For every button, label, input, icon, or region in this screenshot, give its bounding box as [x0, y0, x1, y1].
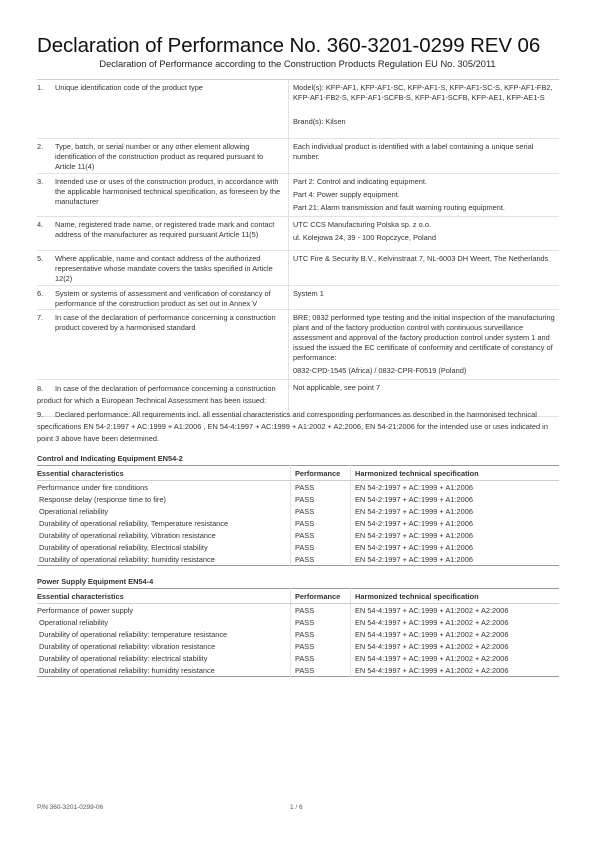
characteristic-cell: Operational reliability: [37, 505, 291, 517]
item-label-cell: 6.System or systems of assessment and ve…: [37, 285, 289, 309]
item-value-cell: Each individual product is identified wi…: [289, 138, 560, 173]
characteristic-cell: Durability of operational reliability: t…: [37, 628, 291, 640]
item-value: ul. Kolejowa 24, 39 - 100 Ropczyce, Pola…: [293, 233, 559, 243]
declaration-item-row: 2.Type, batch, or serial number or any o…: [37, 138, 559, 173]
specification-cell: EN 54-4:1997 + AC:1999 + A1:2002 + A2:20…: [351, 628, 560, 640]
performance-cell: PASS: [291, 553, 351, 566]
item-value: System 1: [293, 289, 559, 299]
item-value-cell: System 1: [289, 285, 560, 309]
footer-page-number: 1 / 6: [290, 804, 303, 811]
column-header-characteristics: Essential characteristics: [37, 589, 291, 604]
table-header-row: Essential characteristics Performance Ha…: [37, 466, 559, 481]
declaration-item-row: 6.System or systems of assessment and ve…: [37, 285, 559, 309]
characteristic-cell: Operational reliability: [37, 616, 291, 628]
item-number: 3.: [37, 177, 55, 207]
table-header-row: Essential characteristics Performance Ha…: [37, 589, 559, 604]
performance-cell: PASS: [291, 652, 351, 664]
table-row: Operational reliabilityPASSEN 54-4:1997 …: [37, 616, 559, 628]
table-row: Durability of operational reliability, V…: [37, 529, 559, 541]
item-label-cell: 5.Where applicable, name and contact add…: [37, 250, 289, 285]
characteristic-cell: Durability of operational reliability, V…: [37, 529, 291, 541]
item-number: 6.: [37, 289, 55, 309]
characteristic-cell: Performance of power supply: [37, 604, 291, 617]
characteristic-cell: Durability of operational reliability, T…: [37, 517, 291, 529]
item-value-cell: UTC Fire & Security B.V., Kelvinstraat 7…: [289, 250, 560, 285]
performance-cell: PASS: [291, 493, 351, 505]
column-header-specification: Harmonized technical specification: [351, 589, 560, 604]
characteristic-cell: Durability of operational reliability, E…: [37, 541, 291, 553]
specification-cell: EN 54-2:1997 + AC:1999 + A1:2006: [351, 493, 560, 505]
performance-cell: PASS: [291, 517, 351, 529]
item-number: 8.: [37, 383, 55, 395]
table-row: Operational reliabilityPASSEN 54-2:1997 …: [37, 505, 559, 517]
item-label-cell: 4.Name, registered trade name, or regist…: [37, 216, 289, 250]
specification-cell: EN 54-4:1997 + AC:1999 + A1:2002 + A2:20…: [351, 652, 560, 664]
performance-cell: PASS: [291, 481, 351, 494]
table-row: Performance under fire conditionsPASSEN …: [37, 481, 559, 494]
specification-cell: EN 54-2:1997 + AC:1999 + A1:2006: [351, 529, 560, 541]
column-header-characteristics: Essential characteristics: [37, 466, 291, 481]
characteristic-cell: Durability of operational reliability: v…: [37, 640, 291, 652]
item-value: Model(s): KFP-AF1, KFP-AF1-SC, KFP-AF1-S…: [293, 83, 559, 103]
item-value: Each individual product is identified wi…: [293, 142, 559, 162]
specification-cell: EN 54-4:1997 + AC:1999 + A1:2002 + A2:20…: [351, 664, 560, 677]
specification-cell: EN 54-2:1997 + AC:1999 + A1:2006: [351, 541, 560, 553]
item-number: 5.: [37, 254, 55, 284]
item-label: Type, batch, or serial number or any oth…: [55, 142, 285, 172]
item-value: Part 2: Control and indicating equipment…: [293, 177, 559, 187]
item-value: 0832-CPD-1545 (Africa) / 0832-CPR-F0519 …: [293, 366, 559, 376]
declaration-item-row: 4.Name, registered trade name, or regist…: [37, 216, 559, 250]
item-value: Part 4: Power supply equipment.: [293, 190, 559, 200]
performance-cell: PASS: [291, 664, 351, 677]
item-label: In case of the declaration of performanc…: [37, 384, 276, 405]
item-label: Unique identification code of the produc…: [55, 83, 285, 93]
characteristic-cell: Durability of operational reliability: e…: [37, 652, 291, 664]
item-label: System or systems of assessment and veri…: [55, 289, 285, 309]
item-number: 2.: [37, 142, 55, 172]
declaration-item-row: 3.Intended use or uses of the constructi…: [37, 173, 559, 216]
table-row: Performance of power supplyPASSEN 54-4:1…: [37, 604, 559, 617]
characteristic-cell: Durability of operational reliability: h…: [37, 553, 291, 566]
specification-cell: EN 54-2:1997 + AC:1999 + A1:2006: [351, 517, 560, 529]
characteristic-cell: Durability of operational reliability: h…: [37, 664, 291, 677]
table-row: Durability of operational reliability: v…: [37, 640, 559, 652]
table-row: Durability of operational reliability, T…: [37, 517, 559, 529]
specification-cell: EN 54-4:1997 + AC:1999 + A1:2002 + A2:20…: [351, 640, 560, 652]
characteristic-cell: Response delay (response time to fire): [37, 493, 291, 505]
performance-table-en54-4: Essential characteristics Performance Ha…: [37, 588, 559, 677]
table-row: Durability of operational reliability: h…: [37, 553, 559, 566]
item-number: 4.: [37, 220, 55, 240]
performance-cell: PASS: [291, 604, 351, 617]
item-value: UTC CCS Manufacturing Polska sp. z o.o.: [293, 220, 559, 230]
item-value-cell: BRE; 0832 performed type testing and the…: [289, 309, 560, 379]
declaration-items-table: 1.Unique identification code of the prod…: [37, 80, 559, 417]
section-title-en54-4: Power Supply Equipment EN54-4: [37, 577, 153, 586]
performance-cell: PASS: [291, 628, 351, 640]
item-label-cell: 2.Type, batch, or serial number or any o…: [37, 138, 289, 173]
document-subtitle: Declaration of Performance according to …: [0, 59, 595, 69]
item-label: Name, registered trade name, or register…: [55, 220, 285, 240]
specification-cell: EN 54-4:1997 + AC:1999 + A1:2002 + A2:20…: [351, 616, 560, 628]
column-header-performance: Performance: [291, 466, 351, 481]
declared-performance: 9.Declared performance: All requirements…: [37, 409, 559, 445]
column-header-specification: Harmonized technical specification: [351, 466, 560, 481]
item-label-cell: 1.Unique identification code of the prod…: [37, 80, 289, 138]
item-number: 7.: [37, 313, 55, 333]
table-row: Durability of operational reliability: e…: [37, 652, 559, 664]
item-value: UTC Fire & Security B.V., Kelvinstraat 7…: [293, 254, 559, 264]
footer-part-number: P/N 360-3201-0299-06: [37, 804, 103, 811]
document-title: Declaration of Performance No. 360-3201-…: [37, 34, 577, 58]
declaration-item-row: 1.Unique identification code of the prod…: [37, 80, 559, 138]
specification-cell: EN 54-4:1997 + AC:1999 + A1:2002 + A2:20…: [351, 604, 560, 617]
column-header-performance: Performance: [291, 589, 351, 604]
declared-performance-number: 9.: [37, 409, 55, 421]
performance-cell: PASS: [291, 616, 351, 628]
item-number: 1.: [37, 83, 55, 93]
item-label: In case of the declaration of performanc…: [55, 313, 285, 333]
declared-performance-text: Declared performance: All requirements i…: [37, 410, 548, 443]
section-title-en54-2: Control and Indicating Equipment EN54-2: [37, 454, 183, 463]
performance-cell: PASS: [291, 640, 351, 652]
item-label: Where applicable, name and contact addre…: [55, 254, 285, 284]
performance-cell: PASS: [291, 529, 351, 541]
item-value-cell: UTC CCS Manufacturing Polska sp. z o.o.u…: [289, 216, 560, 250]
characteristic-cell: Performance under fire conditions: [37, 481, 291, 494]
table-row: Response delay (response time to fire)PA…: [37, 493, 559, 505]
specification-cell: EN 54-2:1997 + AC:1999 + A1:2006: [351, 505, 560, 517]
item-label-cell: 7.In case of the declaration of performa…: [37, 309, 289, 379]
item-value-cell: Part 2: Control and indicating equipment…: [289, 173, 560, 216]
item-label: Intended use or uses of the construction…: [55, 177, 285, 207]
specification-cell: EN 54-2:1997 + AC:1999 + A1:2006: [351, 481, 560, 494]
declaration-item-row: 5.Where applicable, name and contact add…: [37, 250, 559, 285]
declaration-item-row: 7.In case of the declaration of performa…: [37, 309, 559, 379]
table-row: Durability of operational reliability, E…: [37, 541, 559, 553]
item-value: BRE; 0832 performed type testing and the…: [293, 313, 559, 363]
table-row: Durability of operational reliability: t…: [37, 628, 559, 640]
performance-cell: PASS: [291, 505, 351, 517]
item-value-cell: Model(s): KFP-AF1, KFP-AF1-SC, KFP-AF1-S…: [289, 80, 560, 138]
item-value: Part 21: Alarm transmission and fault wa…: [293, 203, 559, 213]
performance-cell: PASS: [291, 541, 351, 553]
performance-table-en54-2: Essential characteristics Performance Ha…: [37, 465, 559, 566]
item-value: Not applicable, see point 7: [293, 383, 559, 393]
item-label-cell: 3.Intended use or uses of the constructi…: [37, 173, 289, 216]
item-value: Brand(s): Kilsen: [293, 117, 559, 127]
table-row: Durability of operational reliability: h…: [37, 664, 559, 677]
specification-cell: EN 54-2:1997 + AC:1999 + A1:2006: [351, 553, 560, 566]
